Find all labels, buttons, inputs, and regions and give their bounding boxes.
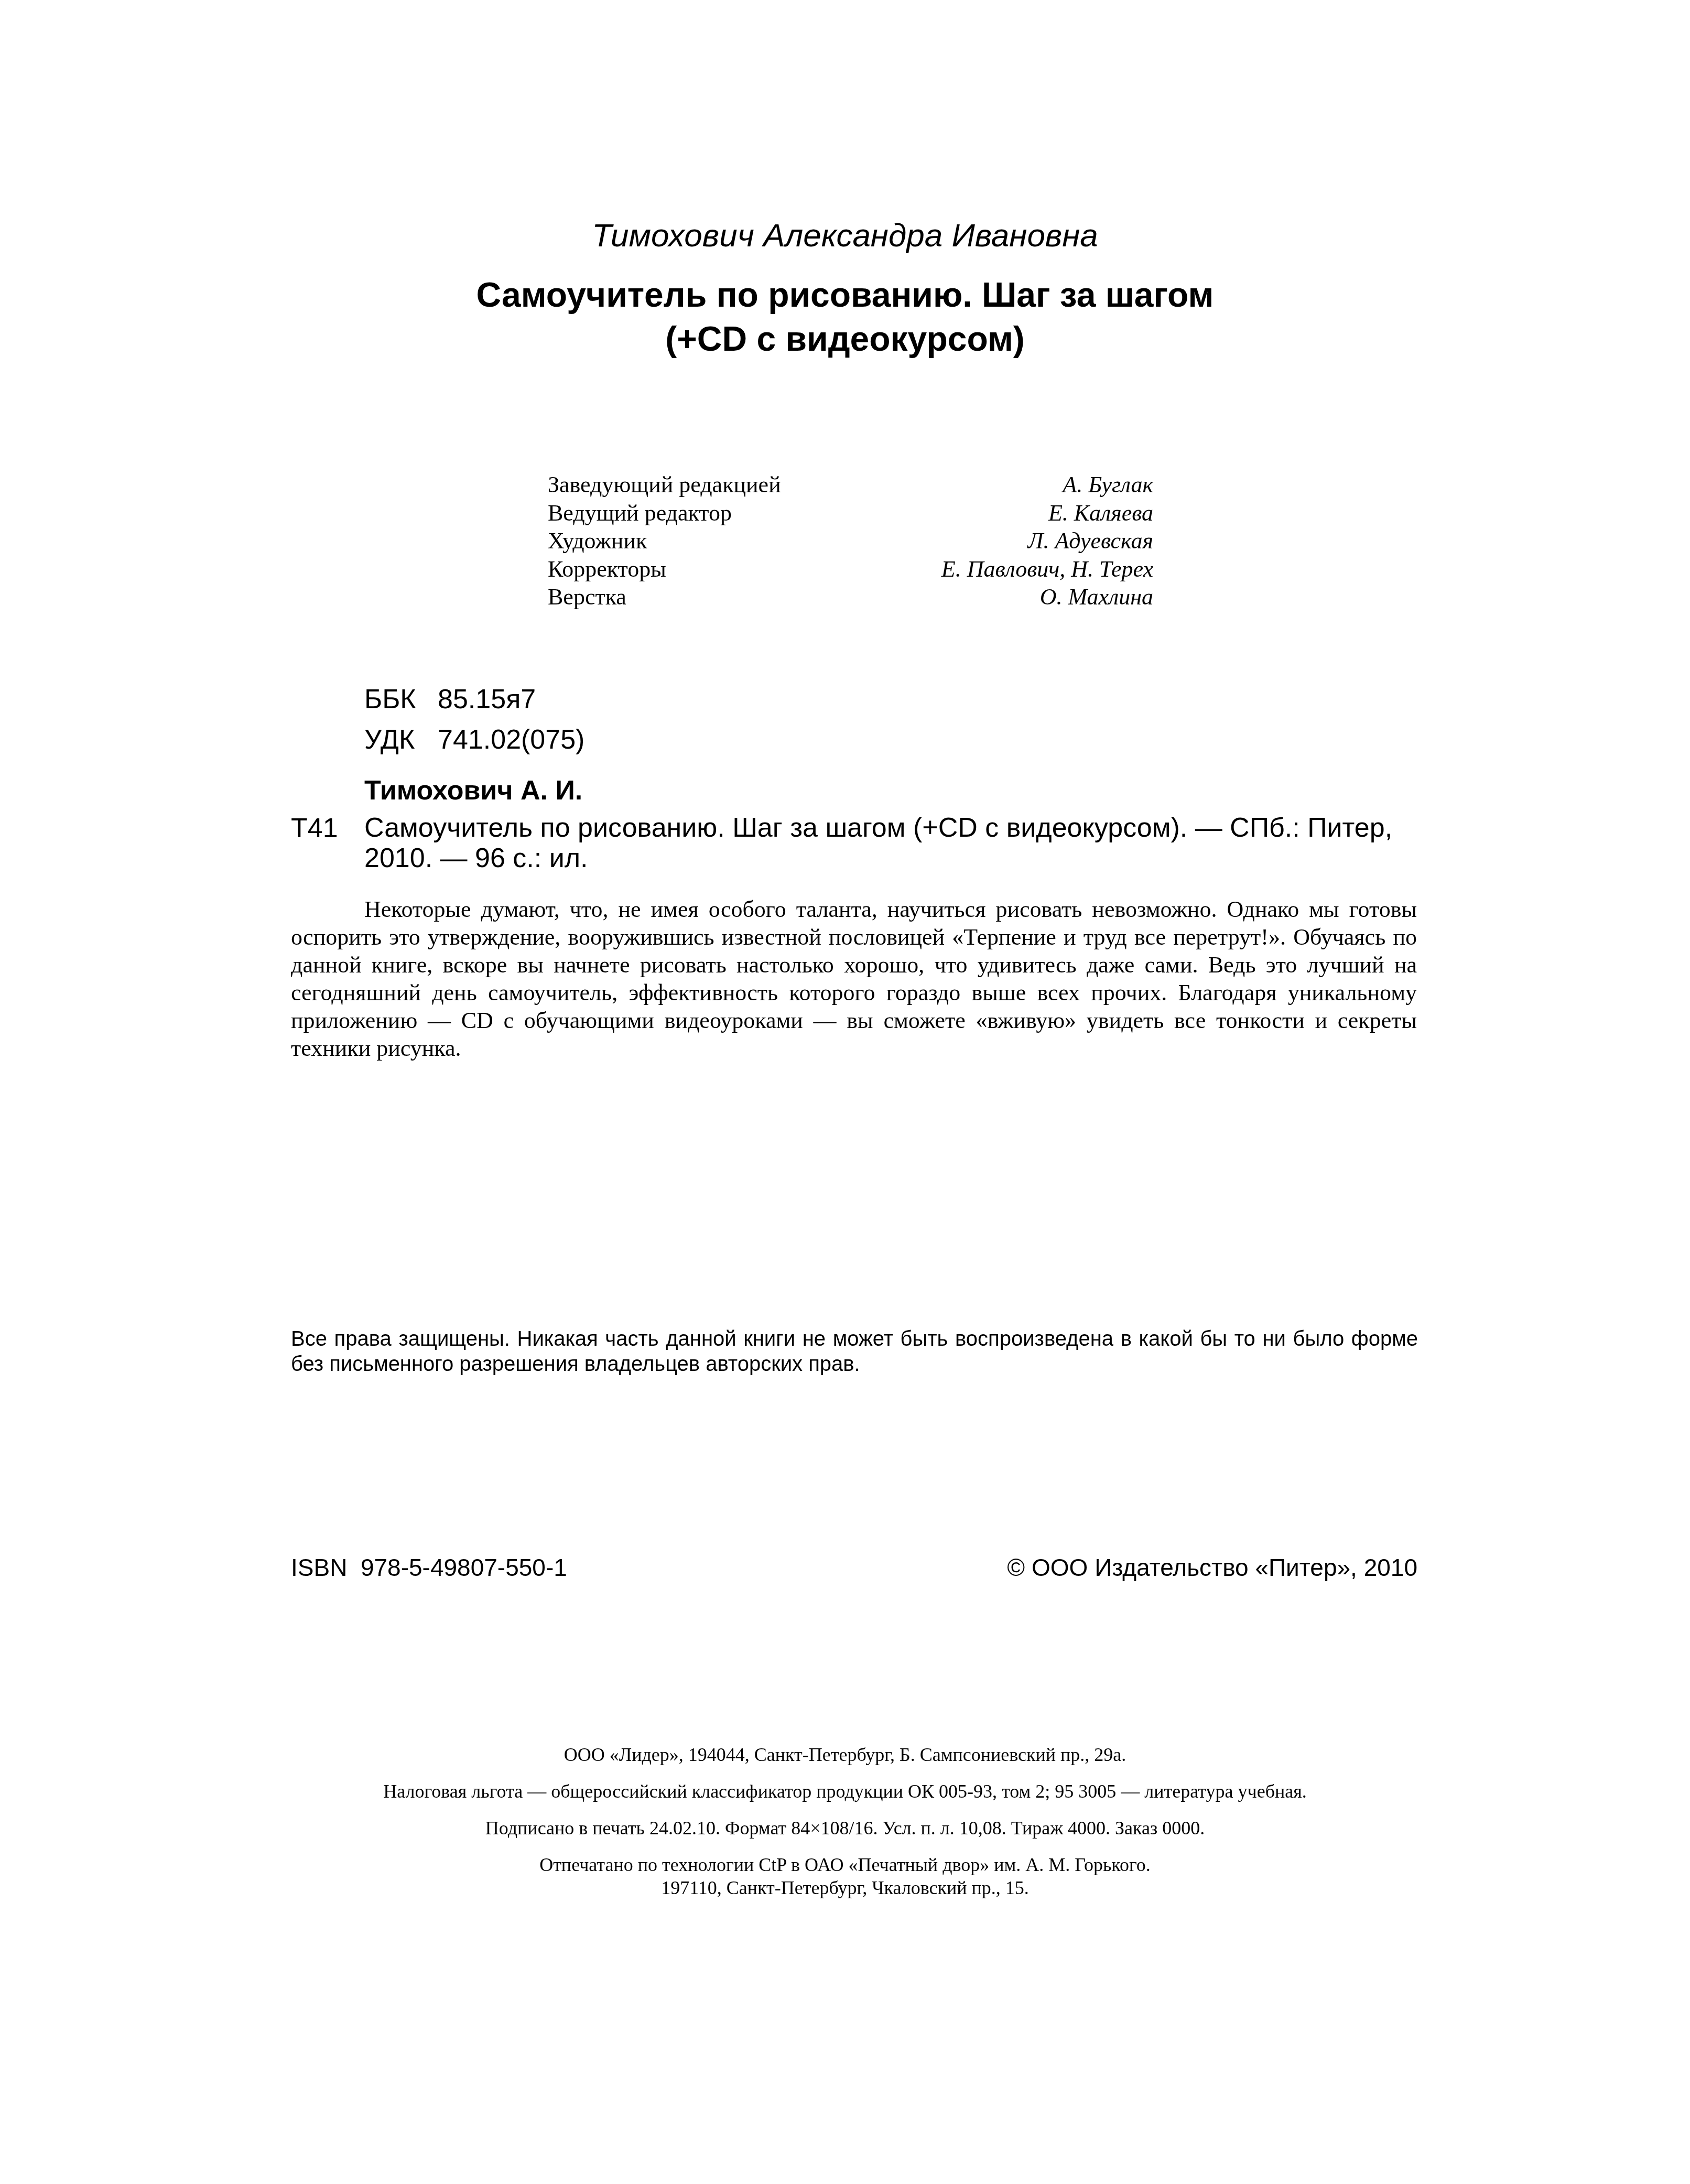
imprint-print-info: Подписано в печать 24.02.10. Формат 84×1… xyxy=(0,1817,1690,1840)
staff-role: Заведующий редакцией xyxy=(548,471,781,499)
staff-row: Ведущий редактор Е. Каляева xyxy=(548,499,1153,527)
book-title-line-2: (+CD с видеокурсом) xyxy=(0,317,1690,361)
staff-name: Е. Каляева xyxy=(1048,499,1153,527)
imprint-printer-line-2: 197110, Санкт-Петербург, Чкаловский пр.,… xyxy=(0,1876,1690,1899)
staff-role: Верстка xyxy=(548,583,626,611)
book-title: Самоучитель по рисованию. Шаг за шагом (… xyxy=(0,273,1690,361)
catalog-card-code: Т41 xyxy=(291,813,338,844)
imprint-tax: Налоговая льгота — общероссийский класси… xyxy=(0,1780,1690,1803)
author-full-name: Тимохович Александра Ивановна xyxy=(0,215,1690,257)
catalog-card-description: Самоучитель по рисованию. Шаг за шагом (… xyxy=(364,813,1418,873)
staff-name: О. Махлина xyxy=(1040,583,1153,611)
staff-role: Художник xyxy=(548,527,647,555)
catalog-card-author: Тимохович А. И. xyxy=(364,775,582,806)
editorial-staff: Заведующий редакцией А. Буглак Ведущий р… xyxy=(548,471,1153,611)
isbn: ISBN 978-5-49807-550-1 xyxy=(291,1553,567,1582)
book-title-line-1: Самоучитель по рисованию. Шаг за шагом xyxy=(0,273,1690,317)
staff-row: Заведующий редакцией А. Буглак xyxy=(548,471,1153,499)
imprint-printer-line-1: Отпечатано по технологии CtP в ОАО «Печа… xyxy=(0,1853,1690,1876)
staff-row: Художник Л. Адуевская xyxy=(548,527,1153,555)
staff-name: А. Буглак xyxy=(1063,471,1153,499)
staff-role: Ведущий редактор xyxy=(548,499,732,527)
imprint: ООО «Лидер», 194044, Санкт-Петербург, Б.… xyxy=(0,1743,1690,1899)
staff-role: Корректоры xyxy=(548,555,666,583)
book-annotation: Некоторые думают, что, не имея особого т… xyxy=(291,895,1417,1062)
bbk-label: ББК xyxy=(364,684,416,715)
imprint-publisher: ООО «Лидер», 194044, Санкт-Петербург, Б.… xyxy=(0,1743,1690,1766)
udk-value: 741.02(075) xyxy=(438,724,584,755)
staff-row: Верстка О. Махлина xyxy=(548,583,1153,611)
copyright-notice: © ООО Издательство «Питер», 2010 xyxy=(1007,1553,1417,1582)
staff-name: Л. Адуевская xyxy=(1028,527,1153,555)
bbk-value: 85.15я7 xyxy=(438,684,536,715)
staff-row: Корректоры Е. Павлович, Н. Терех xyxy=(548,555,1153,583)
udk-label: УДК xyxy=(364,724,415,755)
staff-name: Е. Павлович, Н. Терех xyxy=(941,555,1153,583)
rights-notice: Все права защищены. Никакая часть данной… xyxy=(291,1326,1418,1377)
